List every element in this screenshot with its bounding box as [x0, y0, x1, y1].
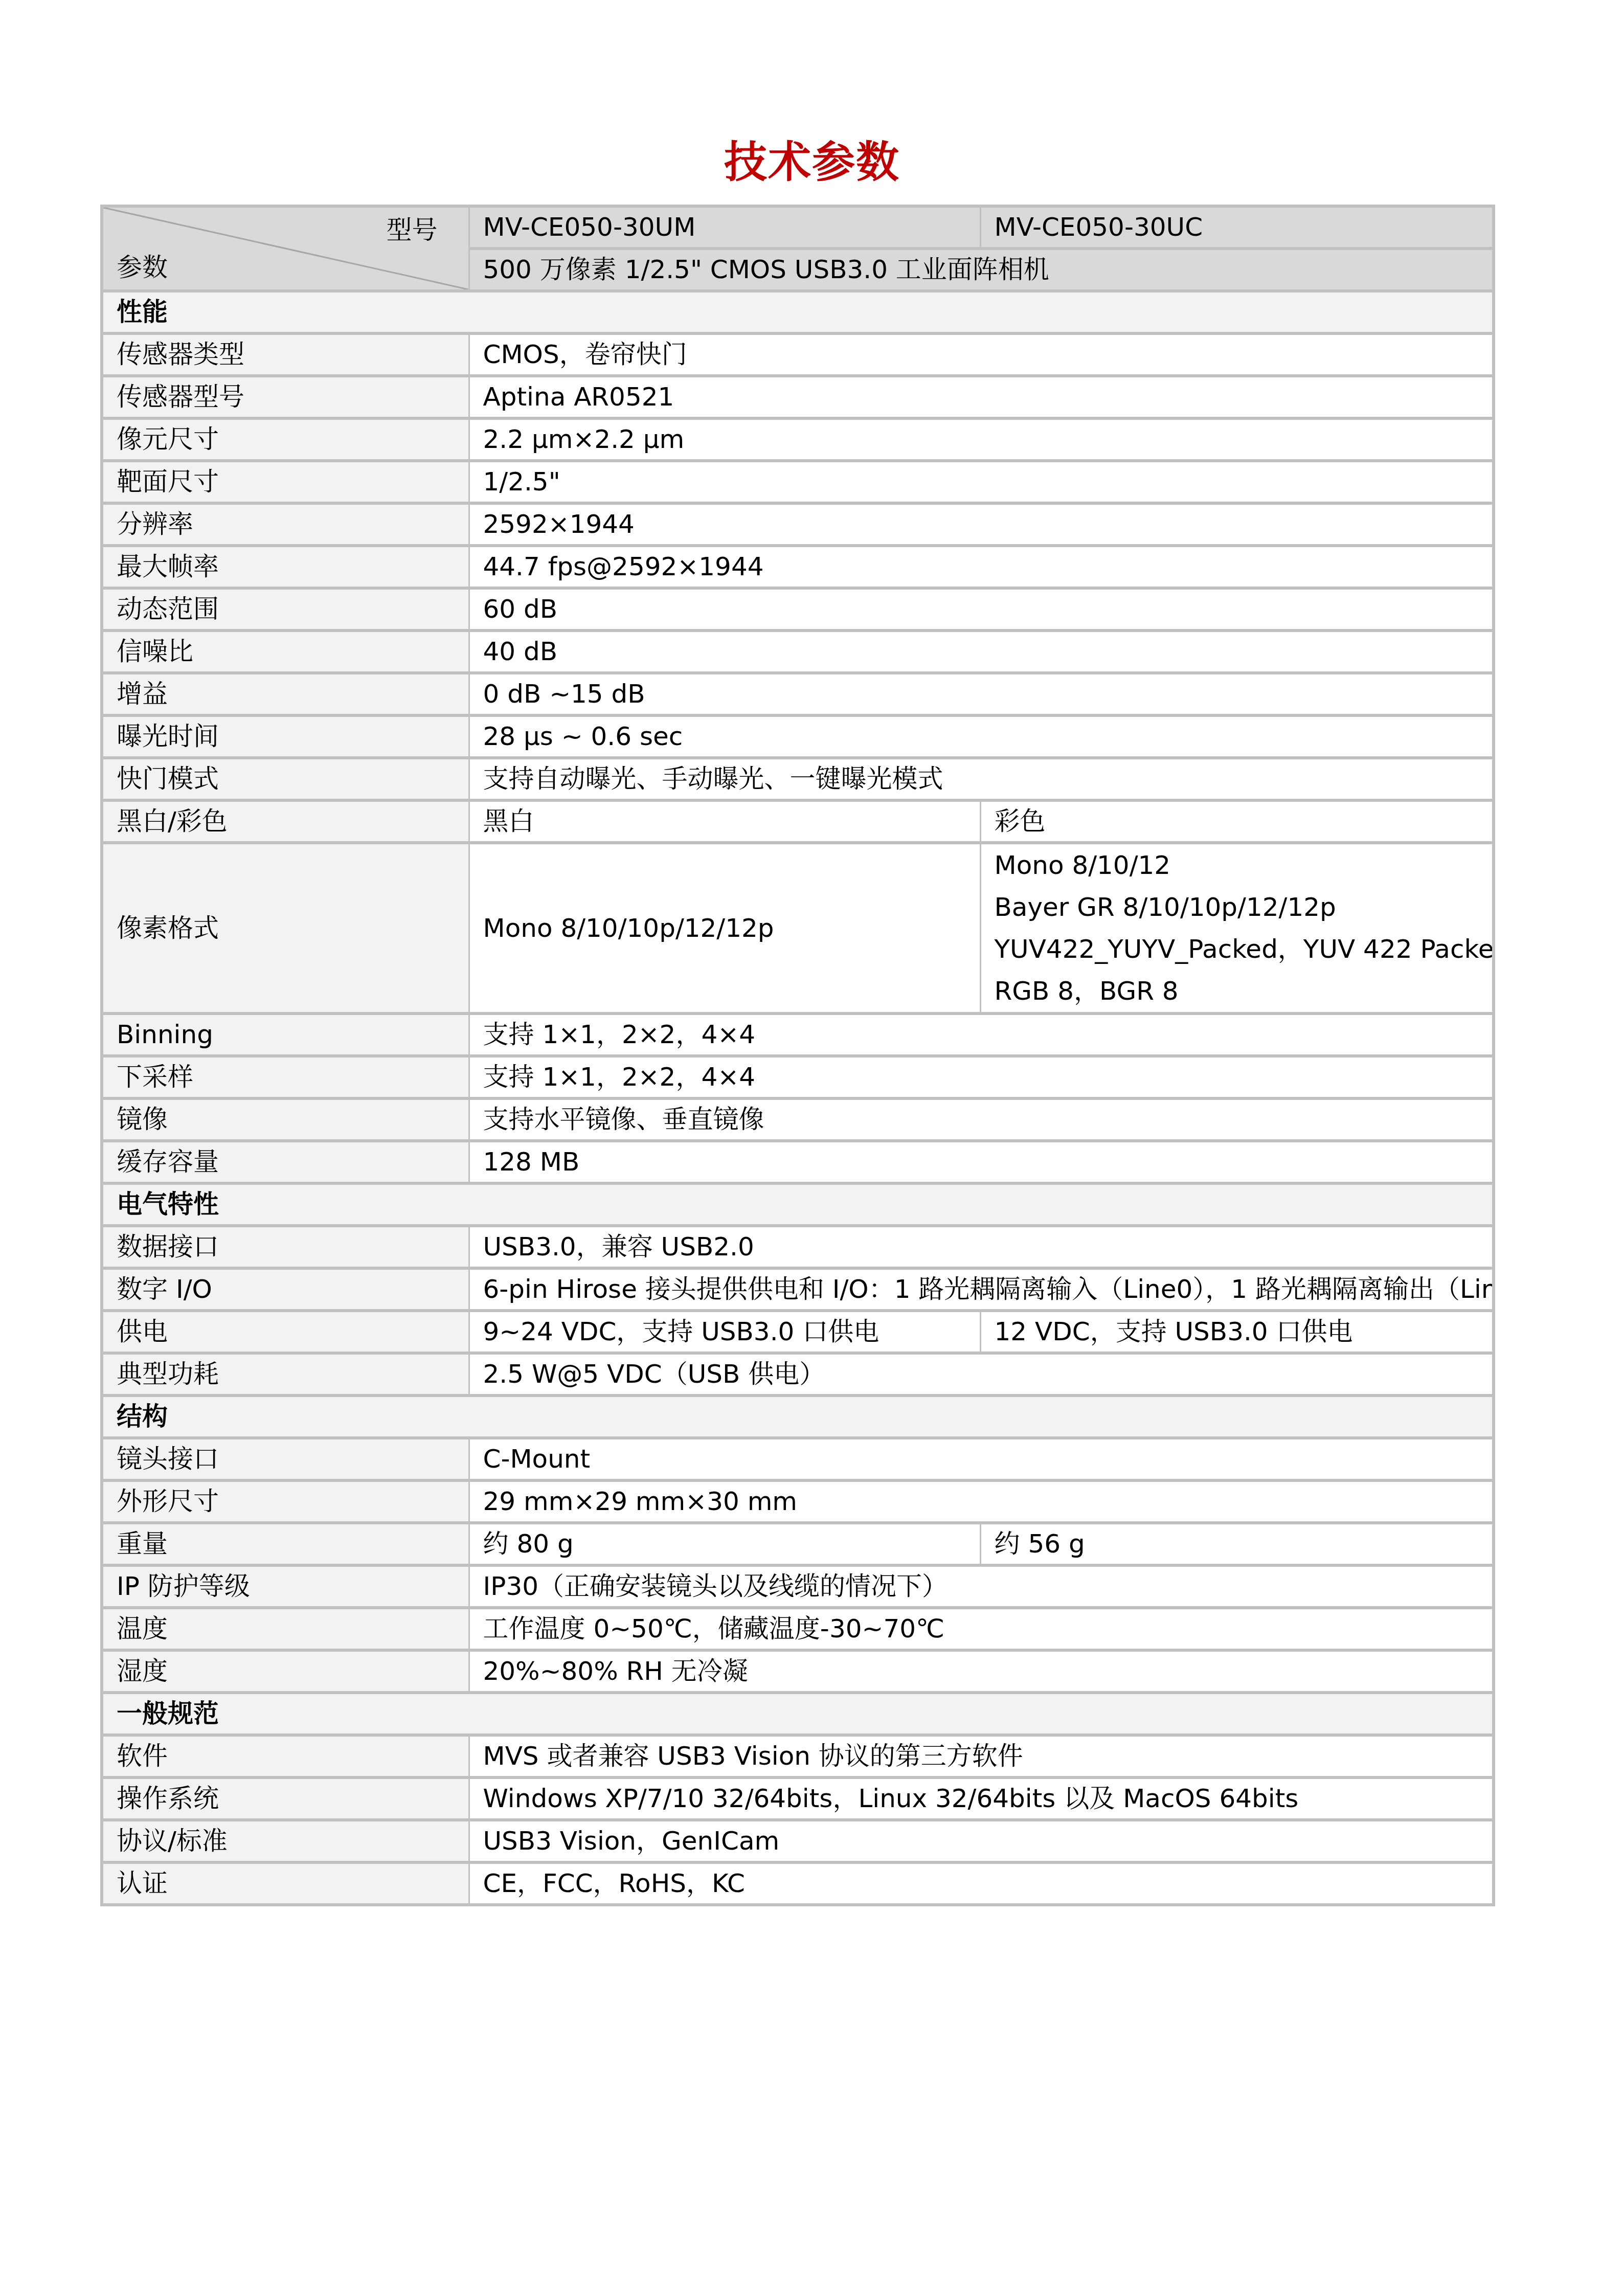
table-row: 增益0 dB ~15 dB: [102, 673, 1494, 715]
row-value: Aptina AR0521: [469, 376, 1494, 418]
table-row: 下采样支持 1×1，2×2，4×4: [102, 1056, 1494, 1098]
model-description: 500 万像素 1/2.5" CMOS USB3.0 工业面阵相机: [469, 249, 1494, 291]
table-row: 快门模式支持自动曝光、手动曝光、一键曝光模式: [102, 758, 1494, 800]
table-row: 镜头接口C-Mount: [102, 1438, 1494, 1480]
row-label: 黑白/彩色: [102, 800, 469, 843]
section-performance: 性能: [102, 291, 1494, 333]
row-label: 靶面尺寸: [102, 461, 469, 503]
row-label: 信噪比: [102, 631, 469, 673]
table-row: 数据接口USB3.0，兼容 USB2.0: [102, 1226, 1494, 1268]
table-row: 数字 I/O6-pin Hirose 接头提供供电和 I/O：1 路光耦隔离输入…: [102, 1268, 1494, 1311]
row-value: CE，FCC，RoHS，KC: [469, 1862, 1494, 1905]
row-value: 支持 1×1，2×2，4×4: [469, 1056, 1494, 1098]
row-value-um: 约 80 g: [469, 1523, 980, 1565]
table-row: 温度工作温度 0~50℃，储藏温度-30~70℃: [102, 1608, 1494, 1650]
table-row: 传感器类型CMOS，卷帘快门: [102, 333, 1494, 376]
row-value: USB3.0，兼容 USB2.0: [469, 1226, 1494, 1268]
table-row: 动态范围60 dB: [102, 588, 1494, 631]
row-label: 镜像: [102, 1098, 469, 1141]
model-label: 型号: [387, 211, 438, 250]
table-row: 外形尺寸29 mm×29 mm×30 mm: [102, 1480, 1494, 1523]
table-row: 像元尺寸2.2 µm×2.2 µm: [102, 418, 1494, 461]
row-label: 缓存容量: [102, 1141, 469, 1183]
model-um: MV-CE050-30UM: [469, 206, 980, 249]
header-row-models: 型号 参数 MV-CE050-30UM MV-CE050-30UC: [102, 206, 1494, 249]
row-label: 操作系统: [102, 1777, 469, 1820]
row-value: 2592×1944: [469, 503, 1494, 546]
row-value: 工作温度 0~50℃，储藏温度-30~70℃: [469, 1608, 1494, 1650]
row-value: 44.7 fps@2592×1944: [469, 546, 1494, 588]
table-row: 像素格式 Mono 8/10/10p/12/12p Mono 8/10/12 B…: [102, 843, 1494, 1014]
table-row: 湿度20%~80% RH 无冷凝: [102, 1650, 1494, 1693]
row-label: 传感器类型: [102, 333, 469, 376]
table-row: 镜像支持水平镜像、垂直镜像: [102, 1098, 1494, 1141]
row-label: 下采样: [102, 1056, 469, 1098]
pixel-format-line: YUV422_YUYV_Packed，YUV 422 Packed: [995, 928, 1479, 970]
table-row: IP 防护等级IP30（正确安装镜头以及线缆的情况下）: [102, 1565, 1494, 1608]
row-value: 2.2 µm×2.2 µm: [469, 418, 1494, 461]
row-label: 增益: [102, 673, 469, 715]
row-value-uc: 12 VDC，支持 USB3.0 口供电: [980, 1311, 1494, 1353]
row-label: 像元尺寸: [102, 418, 469, 461]
table-row: 重量约 80 g约 56 g: [102, 1523, 1494, 1565]
row-label: 供电: [102, 1311, 469, 1353]
row-value-um: Mono 8/10/10p/12/12p: [469, 843, 980, 1014]
table-row: 曝光时间28 µs ~ 0.6 sec: [102, 715, 1494, 758]
section-row: 一般规范: [102, 1693, 1494, 1735]
table-row: 靶面尺寸1/2.5": [102, 461, 1494, 503]
pixel-format-line: RGB 8，BGR 8: [995, 970, 1479, 1012]
row-label: 最大帧率: [102, 546, 469, 588]
row-value-um: 9~24 VDC，支持 USB3.0 口供电: [469, 1311, 980, 1353]
param-label: 参数: [117, 248, 168, 287]
row-label: 曝光时间: [102, 715, 469, 758]
table-row: 认证CE，FCC，RoHS，KC: [102, 1862, 1494, 1905]
table-row: 软件MVS 或者兼容 USB3 Vision 协议的第三方软件: [102, 1735, 1494, 1777]
table-row: 分辨率2592×1944: [102, 503, 1494, 546]
row-label: 认证: [102, 1862, 469, 1905]
row-label: 典型功耗: [102, 1353, 469, 1395]
row-value: 60 dB: [469, 588, 1494, 631]
row-label: 数字 I/O: [102, 1268, 469, 1311]
row-value: C-Mount: [469, 1438, 1494, 1480]
table-row: 黑白/彩色黑白彩色: [102, 800, 1494, 843]
row-label: 数据接口: [102, 1226, 469, 1268]
section-structure: 结构: [102, 1395, 1494, 1438]
row-label: 分辨率: [102, 503, 469, 546]
row-label: 外形尺寸: [102, 1480, 469, 1523]
row-value: USB3 Vision，GenICam: [469, 1820, 1494, 1862]
row-label: 湿度: [102, 1650, 469, 1693]
row-label: 协议/标准: [102, 1820, 469, 1862]
section-row: 结构: [102, 1395, 1494, 1438]
row-value: 支持自动曝光、手动曝光、一键曝光模式: [469, 758, 1494, 800]
row-value: 20%~80% RH 无冷凝: [469, 1650, 1494, 1693]
table-row: 信噪比40 dB: [102, 631, 1494, 673]
row-label: 动态范围: [102, 588, 469, 631]
row-value: CMOS，卷帘快门: [469, 333, 1494, 376]
row-label: 重量: [102, 1523, 469, 1565]
pixel-format-line: Bayer GR 8/10/10p/12/12p: [995, 886, 1479, 928]
section-row: 性能: [102, 291, 1494, 333]
row-label: 温度: [102, 1608, 469, 1650]
model-uc: MV-CE050-30UC: [980, 206, 1494, 249]
row-value-uc: 彩色: [980, 800, 1494, 843]
row-label: 传感器型号: [102, 376, 469, 418]
row-value: 28 µs ~ 0.6 sec: [469, 715, 1494, 758]
table-row: 操作系统Windows XP/7/10 32/64bits，Linux 32/6…: [102, 1777, 1494, 1820]
table-row: 最大帧率44.7 fps@2592×1944: [102, 546, 1494, 588]
table-row: 协议/标准USB3 Vision，GenICam: [102, 1820, 1494, 1862]
row-label: 软件: [102, 1735, 469, 1777]
table-row: 供电9~24 VDC，支持 USB3.0 口供电12 VDC，支持 USB3.0…: [102, 1311, 1494, 1353]
row-label: Binning: [102, 1014, 469, 1056]
row-value: 2.5 W@5 VDC（USB 供电）: [469, 1353, 1494, 1395]
section-general: 一般规范: [102, 1693, 1494, 1735]
row-value: 支持 1×1，2×2，4×4: [469, 1014, 1494, 1056]
row-value: 40 dB: [469, 631, 1494, 673]
row-value: 29 mm×29 mm×30 mm: [469, 1480, 1494, 1523]
row-label: 镜头接口: [102, 1438, 469, 1480]
spec-table: 型号 参数 MV-CE050-30UM MV-CE050-30UC 500 万像…: [100, 205, 1495, 1906]
table-row: 缓存容量128 MB: [102, 1141, 1494, 1183]
page-title: 技术参数: [0, 134, 1624, 190]
section-electrical: 电气特性: [102, 1183, 1494, 1226]
row-value: 1/2.5": [469, 461, 1494, 503]
row-value: 128 MB: [469, 1141, 1494, 1183]
section-row: 电气特性: [102, 1183, 1494, 1226]
row-label: IP 防护等级: [102, 1565, 469, 1608]
row-value-uc: Mono 8/10/12 Bayer GR 8/10/10p/12/12p YU…: [980, 843, 1494, 1014]
row-label: 像素格式: [102, 843, 469, 1014]
row-label: 快门模式: [102, 758, 469, 800]
pixel-format-line: Mono 8/10/12: [995, 844, 1479, 886]
row-value: 0 dB ~15 dB: [469, 673, 1494, 715]
header-diagonal-cell: 型号 参数: [102, 206, 469, 291]
row-value-um: 黑白: [469, 800, 980, 843]
table-row: 典型功耗2.5 W@5 VDC（USB 供电）: [102, 1353, 1494, 1395]
row-value: Windows XP/7/10 32/64bits，Linux 32/64bit…: [469, 1777, 1494, 1820]
row-value: 支持水平镜像、垂直镜像: [469, 1098, 1494, 1141]
row-value: 6-pin Hirose 接头提供供电和 I/O：1 路光耦隔离输入（Line0…: [469, 1268, 1494, 1311]
row-value: IP30（正确安装镜头以及线缆的情况下）: [469, 1565, 1494, 1608]
row-value: MVS 或者兼容 USB3 Vision 协议的第三方软件: [469, 1735, 1494, 1777]
table-row: 传感器型号Aptina AR0521: [102, 376, 1494, 418]
table-row: Binning支持 1×1，2×2，4×4: [102, 1014, 1494, 1056]
row-value-uc: 约 56 g: [980, 1523, 1494, 1565]
